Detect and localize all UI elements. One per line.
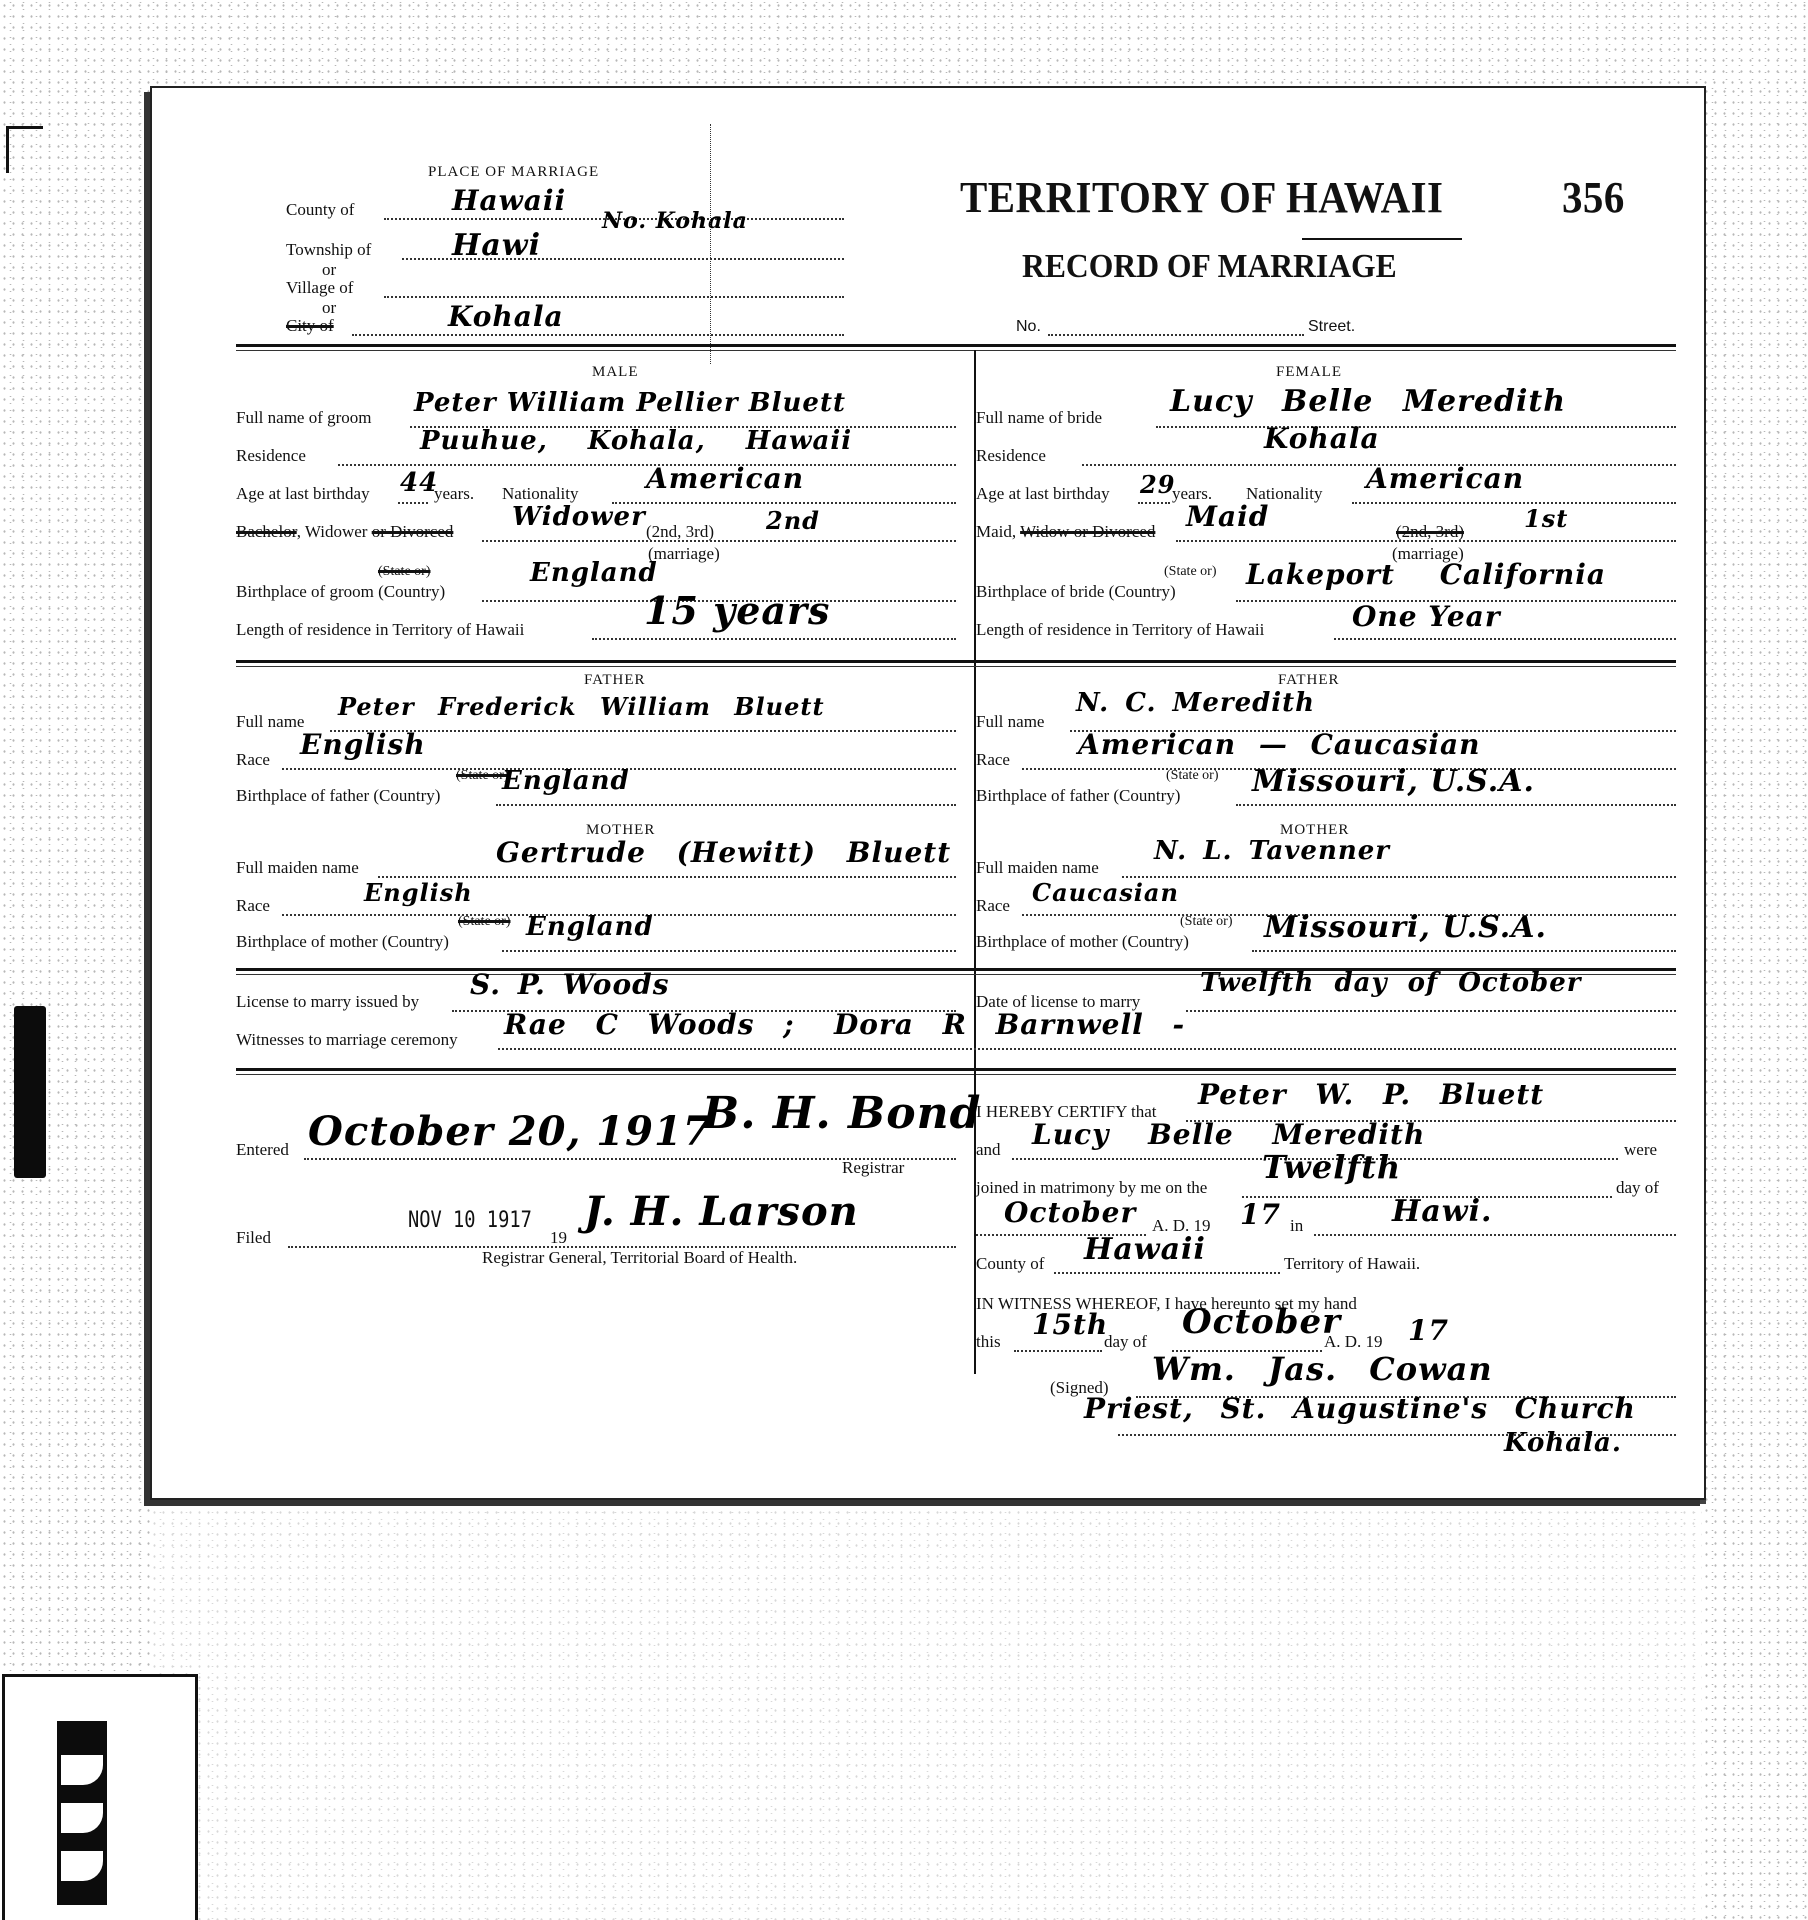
bride-mother-state-or: (State or)	[1180, 914, 1232, 930]
bride-age-label: Age at last birthday	[976, 484, 1110, 504]
entered-date: October 20, 1917	[308, 1108, 712, 1155]
groom-father-name: Peter Frederick William Bluett	[338, 692, 825, 721]
this-label: this	[976, 1332, 1001, 1352]
marriage-record-form: PLACE OF MARRIAGE County of Hawaii Towns…	[150, 86, 1706, 1500]
witness-year: 17	[1408, 1314, 1449, 1347]
bride-residence-length: One Year	[1352, 600, 1501, 633]
crop-corner-mark	[6, 126, 43, 173]
groom-father-race: English	[300, 728, 426, 761]
township-note: No. Kohala	[602, 208, 748, 234]
groom-age: 44	[400, 468, 438, 498]
filed-label: Filed	[236, 1228, 271, 1248]
officiant-signature: Wm. Jas. Cowan	[1152, 1350, 1493, 1388]
bride-name-label: Full name of bride	[976, 408, 1102, 428]
frame-number-bar	[57, 1721, 107, 1905]
groom-marriage-number: 2nd	[766, 506, 820, 535]
in-label: in	[1290, 1216, 1303, 1236]
bride-mother-race-label: Race	[976, 896, 1010, 916]
groom-status: Widower	[512, 502, 646, 532]
groom-nationality-label: Nationality	[502, 484, 578, 504]
certificate-day: Twelfth	[1262, 1148, 1401, 1186]
bride-birthplace: Lakeport California	[1246, 558, 1606, 591]
groom-state-or: (State or)	[378, 564, 430, 580]
groom-mother-name-label: Full maiden name	[236, 858, 359, 878]
scan-noise-left	[0, 86, 150, 1920]
groom-residence-length: 15 years	[644, 588, 830, 633]
bride-status-label: Maid, Widow or Divorced	[976, 522, 1155, 542]
groom-mother-state-or: (State or)	[458, 914, 510, 930]
bride-state-or: (State or)	[1164, 564, 1216, 580]
bride-mother-name: N. L. Tavenner	[1154, 836, 1390, 866]
village-label: Village of	[286, 278, 353, 298]
groom-residence-length-label: Length of residence in Territory of Hawa…	[236, 620, 524, 640]
groom-status-label: Bachelor, Widower or Divorced	[236, 522, 453, 542]
document-subtitle: RECORD OF MARRIAGE	[1022, 248, 1397, 286]
officiant-title: Priest, St. Augustine's Church	[1084, 1392, 1636, 1425]
groom-birthplace: England	[530, 558, 658, 588]
filed-stamp: NOV 10 1917	[408, 1208, 532, 1233]
bride-name: Lucy Belle Meredith	[1170, 384, 1566, 419]
witness-2: Dora R Barnwell -	[834, 1008, 1185, 1041]
groom-mother-birthplace: England	[526, 912, 654, 942]
groom-mother-birthplace-label: Birthplace of mother (Country)	[236, 932, 449, 952]
bride-residence: Kohala	[1264, 422, 1380, 455]
groom-marriage-caption: (marriage)	[648, 544, 720, 564]
bride-mother-name-label: Full maiden name	[976, 858, 1099, 878]
registrar-general-signature: J. H. Larson	[584, 1188, 859, 1235]
bride-residence-label: Residence	[976, 446, 1046, 466]
county-value: Hawaii	[452, 184, 566, 217]
place-heading: PLACE OF MARRIAGE	[428, 164, 599, 181]
record-number: 356	[1562, 172, 1625, 223]
scan-noise-top	[0, 0, 1808, 86]
groom-nationality: American	[646, 462, 804, 495]
groom-father-name-label: Full name	[236, 712, 304, 732]
license-date: Twelfth day of October	[1200, 968, 1581, 998]
bride-father-birthplace-label: Birthplace of father (Country)	[976, 786, 1180, 806]
witness-month: October	[1182, 1302, 1341, 1342]
witness-day: 15th	[1032, 1308, 1108, 1341]
groom-section-heading: MALE	[592, 364, 639, 381]
registrar-general-label: Registrar General, Territorial Board of …	[482, 1248, 797, 1268]
no-label: No.	[1016, 318, 1041, 336]
bride-marriage-number: 1st	[1524, 504, 1568, 533]
certificate-place: Hawi.	[1392, 1194, 1492, 1229]
groom-birthplace-label: Birthplace of groom (Country)	[236, 582, 445, 602]
groom-age-label: Age at last birthday	[236, 484, 370, 504]
groom-father-race-label: Race	[236, 750, 270, 770]
bride-father-state-or: (State or)	[1166, 768, 1218, 784]
certificate-year: 17	[1240, 1198, 1281, 1231]
witness-ad-label: A. D. 19	[1324, 1332, 1383, 1352]
groom-father-state-or: (State or)	[456, 768, 508, 784]
were-label: were	[1624, 1140, 1657, 1160]
officiant-location: Kohala.	[1504, 1428, 1622, 1458]
county-of-label: County of	[976, 1254, 1044, 1274]
bride-father-race-label: Race	[976, 750, 1010, 770]
bride-father-birthplace: Missouri, U.S.A.	[1252, 764, 1535, 799]
bride-father-race: American — Caucasian	[1078, 728, 1480, 761]
bride-status: Maid	[1186, 500, 1269, 533]
document-title: TERRITORY OF HAWAII	[960, 172, 1443, 223]
county-label: County of	[286, 200, 354, 220]
scan-noise-right	[1702, 86, 1808, 1920]
groom-father-heading: FATHER	[584, 672, 646, 689]
bride-nationality: American	[1366, 462, 1524, 495]
license-issued-label: License to marry issued by	[236, 992, 419, 1012]
bride-section-heading: FEMALE	[1276, 364, 1342, 381]
territory-label: Territory of Hawaii.	[1284, 1254, 1420, 1274]
bride-mother-birthplace-label: Birthplace of mother (Country)	[976, 932, 1189, 952]
witness-1: Rae C Woods ;	[504, 1008, 795, 1041]
microfilm-frame-marker	[2, 1674, 198, 1920]
city-value: Kohala	[448, 300, 564, 333]
certificate-county: Hawaii	[1084, 1232, 1206, 1267]
bride-marriage-number-label: (2nd, 3rd)	[1396, 522, 1464, 542]
groom-marriage-number-label: (2nd, 3rd)	[646, 522, 714, 542]
groom-years-label: years.	[434, 484, 474, 504]
township-value: Hawi	[452, 228, 541, 263]
certificate-bride-name: Lucy Belle Meredith	[1032, 1118, 1425, 1151]
entered-label: Entered	[236, 1140, 289, 1160]
groom-mother-race-label: Race	[236, 896, 270, 916]
groom-mother-name: Gertrude (Hewitt) Bluett	[496, 836, 951, 869]
groom-father-birthplace: England	[502, 766, 630, 796]
groom-mother-race: English	[364, 878, 473, 907]
bride-mother-race: Caucasian	[1032, 878, 1179, 907]
groom-name-label: Full name of groom	[236, 408, 372, 428]
groom-residence: Puuhue, Kohala, Hawaii	[420, 426, 852, 456]
filed-year-prefix: 19	[550, 1228, 567, 1248]
groom-father-birthplace-label: Birthplace of father (Country)	[236, 786, 440, 806]
day-of-label: day of	[1616, 1178, 1659, 1198]
street-label: Street.	[1308, 318, 1355, 336]
registrar-label: Registrar	[842, 1158, 904, 1178]
or-label-2: or	[322, 298, 336, 318]
bride-father-heading: FATHER	[1278, 672, 1340, 689]
bride-birthplace-label: Birthplace of bride (Country)	[976, 582, 1176, 602]
bride-father-name: N. C. Meredith	[1076, 688, 1315, 718]
city-label: City of	[286, 316, 334, 336]
groom-name: Peter William Pellier Bluett	[414, 388, 846, 418]
license-issued-by: S. P. Woods	[470, 968, 670, 1001]
witnesses-label: Witnesses to marriage ceremony	[236, 1030, 458, 1050]
or-label-1: or	[322, 260, 336, 280]
joined-label: joined in matrimony by me on the	[976, 1178, 1207, 1198]
certificate-groom-name: Peter W. P. Bluett	[1198, 1078, 1544, 1111]
bride-age: 29	[1140, 470, 1175, 499]
township-label: Township of	[286, 240, 371, 260]
groom-residence-label: Residence	[236, 446, 306, 466]
certificate-month: October	[1004, 1196, 1136, 1229]
entered-registrar-signature: B. H. Bond	[702, 1088, 981, 1139]
bride-father-name-label: Full name	[976, 712, 1044, 732]
bride-mother-birthplace: Missouri, U.S.A.	[1264, 910, 1547, 945]
witness-day-of-label: day of	[1104, 1332, 1147, 1352]
scan-noise-bottom	[150, 1496, 1702, 1920]
and-label: and	[976, 1140, 1001, 1160]
bride-residence-length-label: Length of residence in Territory of Hawa…	[976, 620, 1264, 640]
film-strip-mark	[14, 1006, 46, 1178]
